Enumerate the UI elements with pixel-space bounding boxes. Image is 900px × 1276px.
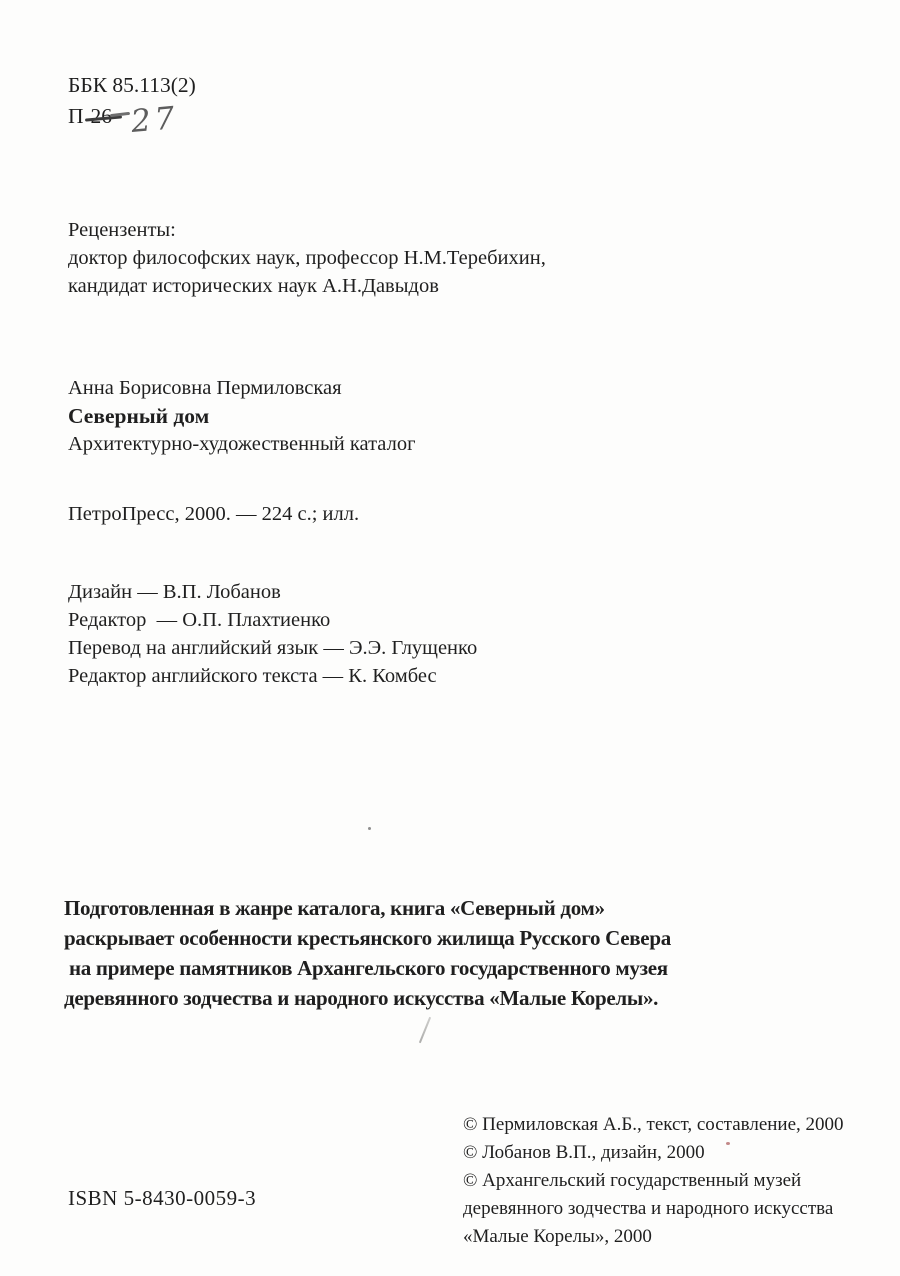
book-subtitle: Архитектурно-художественный каталог [68, 430, 415, 458]
scan-speck [368, 827, 371, 830]
book-title: Северный дом [68, 402, 415, 430]
copyright-line: «Малые Корелы», 2000 [463, 1223, 844, 1251]
reviewer-line: доктор философских наук, профессор Н.М.Т… [68, 244, 546, 272]
annotation-line: раскрывает особенности крестьянского жил… [64, 923, 671, 953]
annotation-line: на примере памятников Архангельского гос… [64, 953, 671, 983]
index-prefix: П [68, 104, 84, 128]
annotation-line: деревянного зодчества и народного искусс… [64, 983, 671, 1013]
isbn: ISBN 5-8430-0059-3 [68, 1186, 256, 1211]
copyright-line: деревянного зодчества и народного искусс… [463, 1195, 844, 1223]
pencil-mark [419, 1017, 431, 1044]
book-imprint-page: ББК 85.113(2) П2627 Рецензенты: доктор ф… [0, 0, 900, 1276]
scan-speck [726, 1142, 730, 1145]
copyright-line: © Пермиловская А.Б., текст, составление,… [463, 1111, 844, 1139]
copyright-line: © Архангельский государственный музей [463, 1167, 844, 1195]
author-index-line: П2627 [68, 101, 196, 135]
credit-line: Редактор английского текста — К. Комбес [68, 662, 477, 690]
bbk-code: ББК 85.113(2) [68, 70, 196, 100]
credit-line: Редактор — О.П. Плахтиенко [68, 606, 477, 634]
reviewer-line: кандидат исторических наук А.Н.Давыдов [68, 272, 546, 300]
title-block: Анна Борисовна Пермиловская Северный дом… [68, 374, 415, 458]
copyright-block: © Пермиловская А.Б., текст, составление,… [463, 1111, 844, 1251]
author-name: Анна Борисовна Пермиловская [68, 374, 415, 402]
credit-line: Перевод на английский язык — Э.Э. Глущен… [68, 634, 477, 662]
imprint-line: ПетроПресс, 2000. — 224 с.; илл. [68, 503, 359, 526]
credits-block: Дизайн — В.П. Лобанов Редактор — О.П. Пл… [68, 578, 477, 690]
copyright-line: © Лобанов В.П., дизайн, 2000 [463, 1139, 844, 1167]
annotation-block: Подготовленная в жанре каталога, книга «… [64, 893, 671, 1013]
handwritten-correction: 27 [130, 103, 180, 137]
annotation-line: Подготовленная в жанре каталога, книга «… [64, 893, 671, 923]
reviewers-heading: Рецензенты: [68, 216, 546, 244]
credit-line: Дизайн — В.П. Лобанов [68, 578, 477, 606]
classification-block: ББК 85.113(2) П2627 [68, 70, 196, 135]
reviewers-block: Рецензенты: доктор философских наук, про… [68, 216, 546, 300]
